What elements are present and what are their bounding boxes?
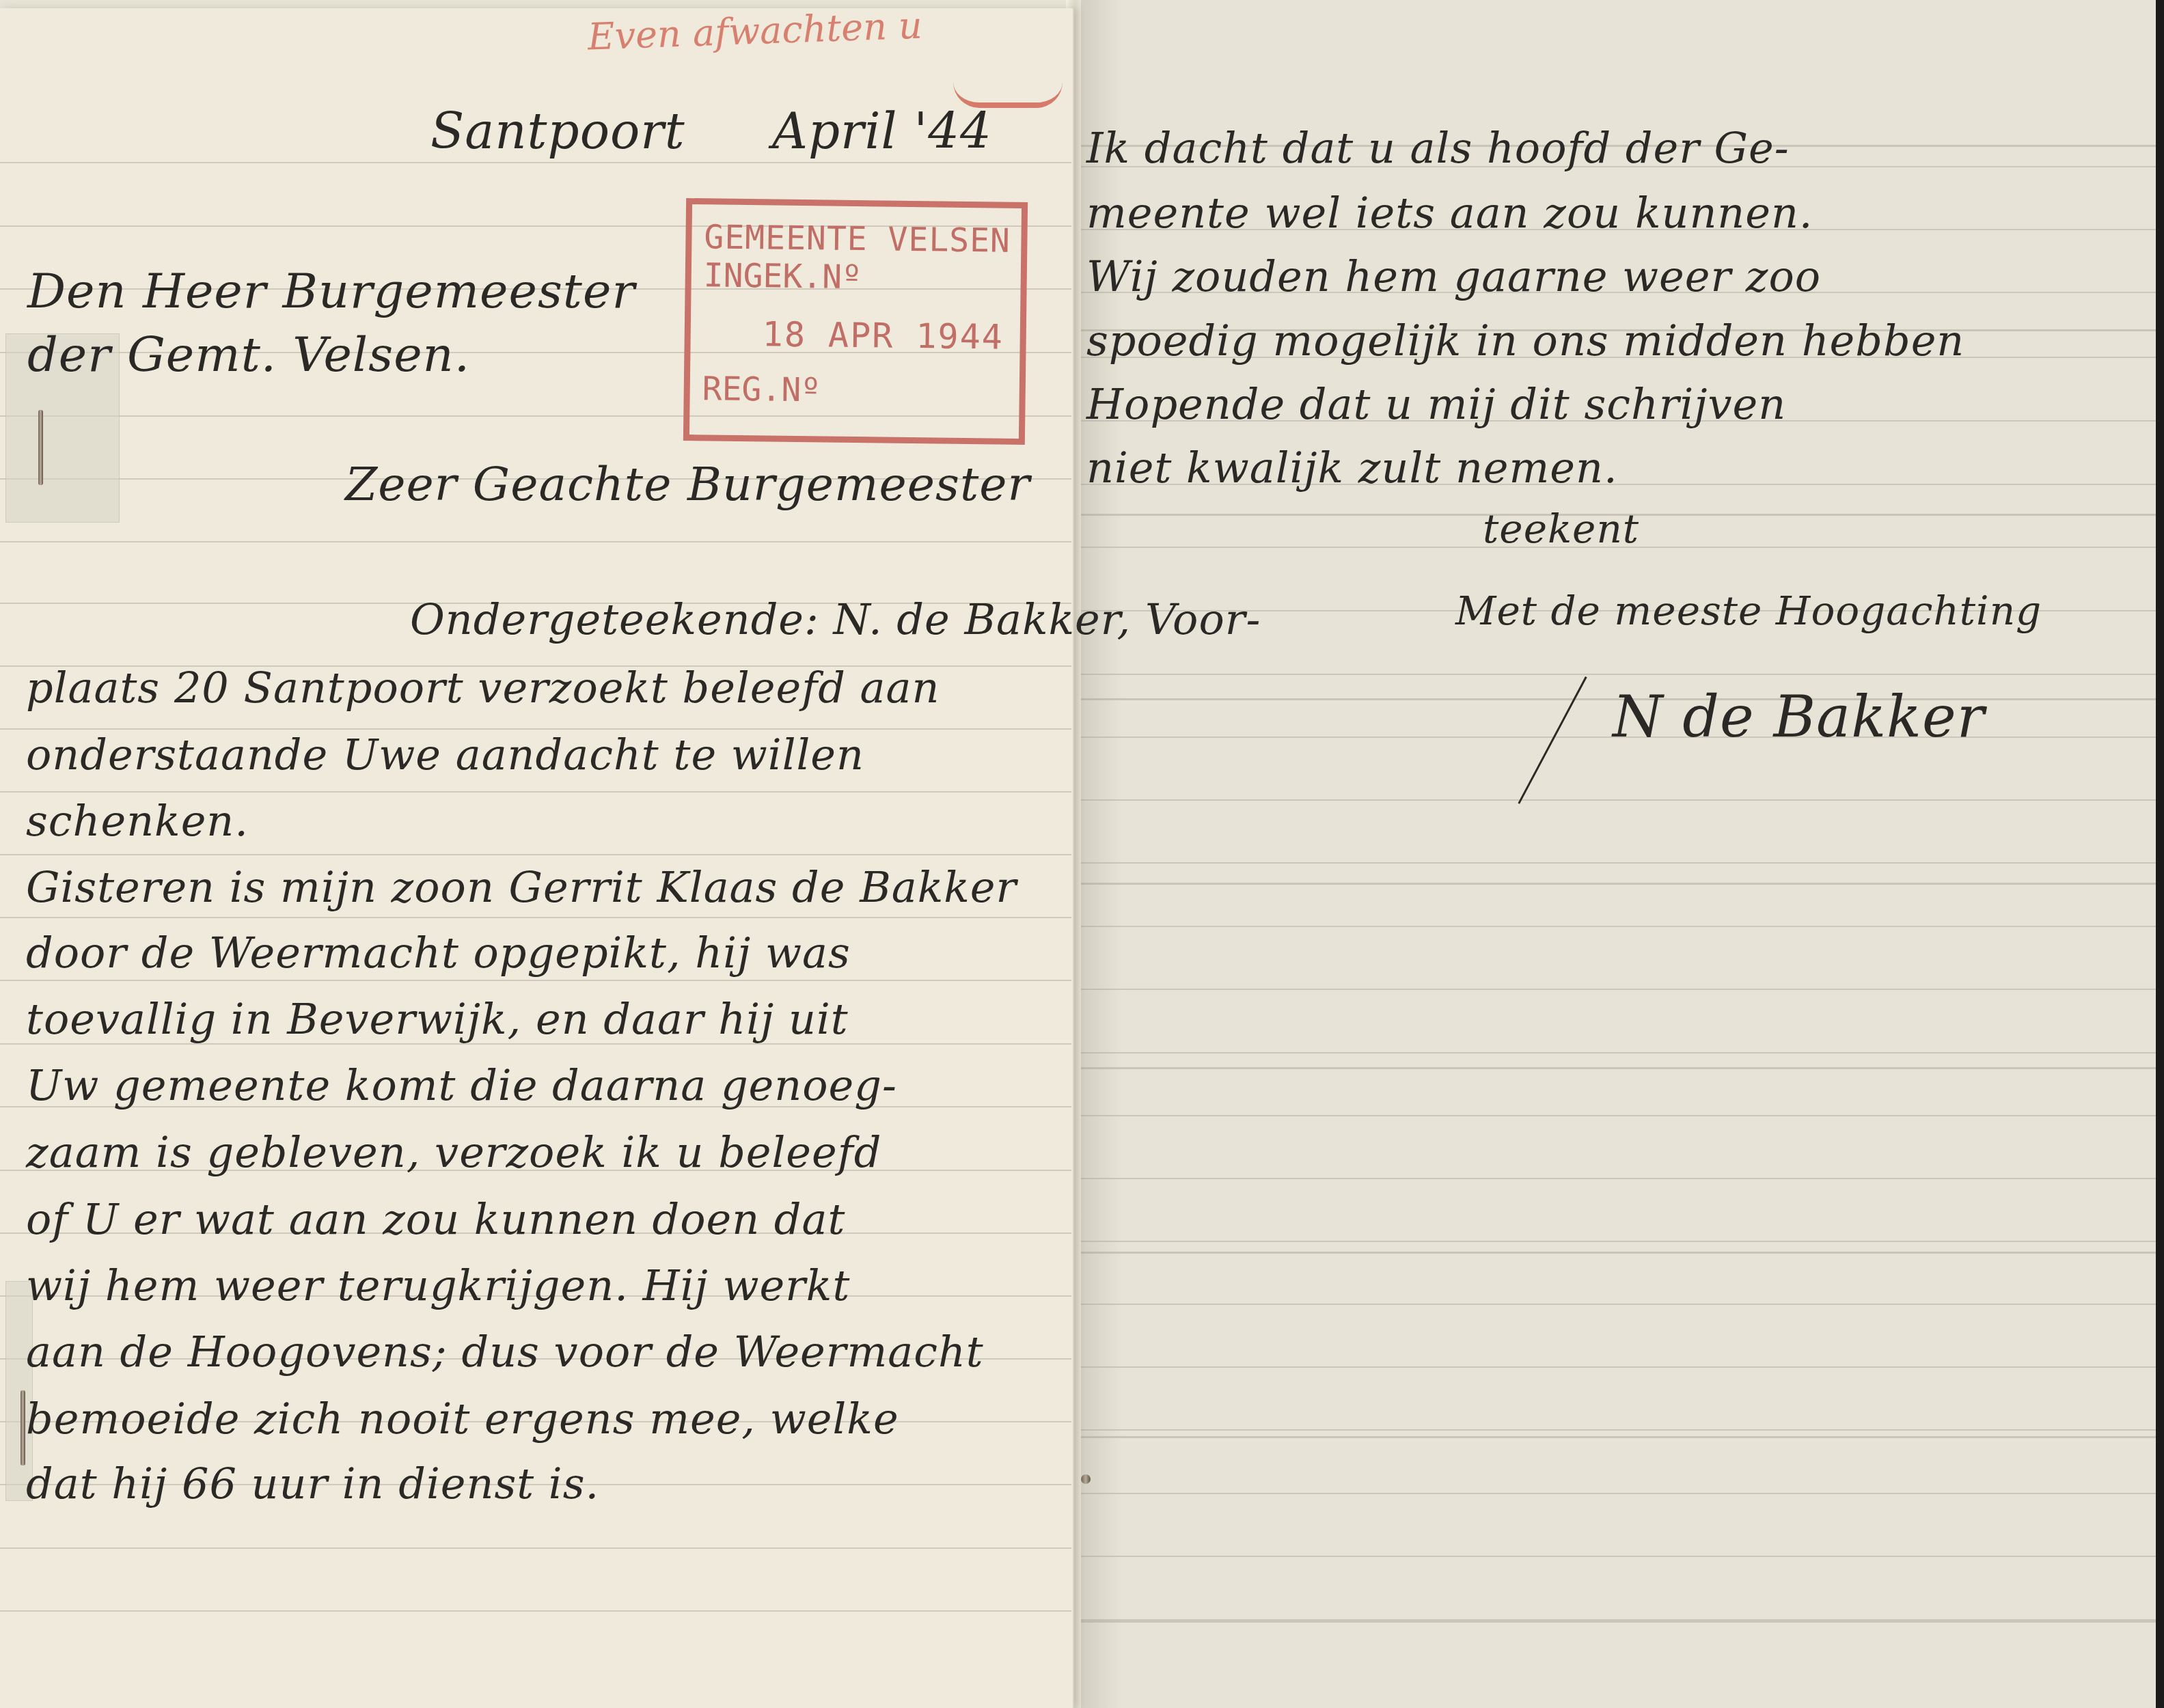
body-line: Wij zouden hem gaarne weer zoo — [1086, 251, 1821, 301]
body-line: Ondergeteekende: N. de Bakker, Voor- — [410, 594, 1261, 644]
letter-place: Santpoort — [430, 102, 685, 160]
body-line: niet kwalijk zult nemen. — [1086, 443, 1618, 493]
salutation: Zeer Geachte Burgemeester — [345, 458, 1030, 512]
ruled-line — [1073, 799, 2156, 801]
ruled-line — [0, 541, 1071, 542]
body-line: Ik dacht dat u als hoofd der Ge- — [1086, 123, 1790, 173]
stamp-ingek-no: INGEK.Nº — [703, 256, 862, 297]
body-line: Hopende dat u mij dit schrijven — [1086, 379, 1786, 429]
ruled-line — [1073, 1366, 2156, 1368]
body-line: of U er wat aan zou kunnen doen dat — [26, 1194, 845, 1244]
body-line: zaam is gebleven, verzoek ik u beleefd — [26, 1127, 881, 1177]
body-line: onderstaande Uwe aandacht te willen — [26, 730, 864, 780]
ruled-line — [1073, 674, 2156, 675]
ruled-line — [1073, 1178, 2156, 1179]
ruled-line — [0, 1547, 1071, 1549]
ruled-line — [0, 854, 1071, 855]
body-line: spoedig mogelijk in ons midden hebben — [1086, 316, 1964, 366]
staple — [20, 1390, 25, 1465]
body-line: door de Weermacht opgepikt, hij was — [26, 928, 851, 978]
body-line: meente wel iets aan zou kunnen. — [1086, 188, 1813, 238]
ruled-line — [1073, 1619, 2156, 1621]
ruled-line — [1073, 989, 2156, 990]
closing-teekent: teekent — [1483, 506, 1639, 552]
stamp-reg-no: REG.Nº — [702, 370, 821, 409]
addressee-line: Den Heer Burgemeester — [27, 263, 635, 319]
ruled-line — [1073, 926, 2156, 927]
ruled-line — [0, 980, 1071, 981]
scanner-edge — [2156, 0, 2164, 1708]
ruled-line — [1073, 1304, 2156, 1305]
ruled-line — [0, 1610, 1071, 1612]
body-line: aan de Hoogovens; dus voor de Weermacht — [26, 1327, 984, 1377]
body-line: bemoeide zich nooit ergens mee, welke — [26, 1394, 899, 1444]
stamp-municipality: GEMEENTE VELSEN — [704, 218, 1011, 260]
ruled-line — [1073, 1556, 2156, 1557]
ruled-line — [0, 162, 1071, 163]
body-line: wij hem weer terugkrijgen. Hij werkt — [26, 1261, 850, 1310]
ruled-line — [1073, 1493, 2156, 1494]
stamp-date: 18 APR 1944 — [762, 314, 1004, 357]
ruled-line — [1073, 1429, 2156, 1431]
ruled-line — [1073, 862, 2156, 864]
addressee-line: der Gemt. Velsen. — [27, 327, 470, 383]
body-line: dat hij 66 uur in dienst is. — [26, 1459, 599, 1509]
ruled-line — [0, 917, 1071, 918]
ruled-line — [1073, 1115, 2156, 1116]
received-stamp: GEMEENTE VELSEN INGEK.Nº 18 APR 1944 REG… — [683, 198, 1028, 445]
ruled-line — [0, 791, 1071, 793]
closing-regards: Met de meeste Hoogachting — [1455, 588, 2042, 634]
body-line: plaats 20 Santpoort verzoekt beleefd aan — [26, 663, 940, 713]
body-line: Uw gemeente komt die daarna genoeg- — [26, 1060, 897, 1110]
staple — [1081, 1474, 1091, 1484]
body-line: Gisteren is mijn zoon Gerrit Klaas de Ba… — [26, 862, 1017, 912]
ruled-line — [1073, 1052, 2156, 1053]
signature: N de Bakker — [1613, 683, 1985, 750]
body-line: toevallig in Beverwijk, en daar hij uit — [26, 994, 849, 1044]
ruled-line — [1073, 1241, 2156, 1242]
staple — [38, 410, 43, 485]
body-line: schenken. — [26, 796, 249, 846]
letter-date: April '44 — [772, 102, 992, 160]
